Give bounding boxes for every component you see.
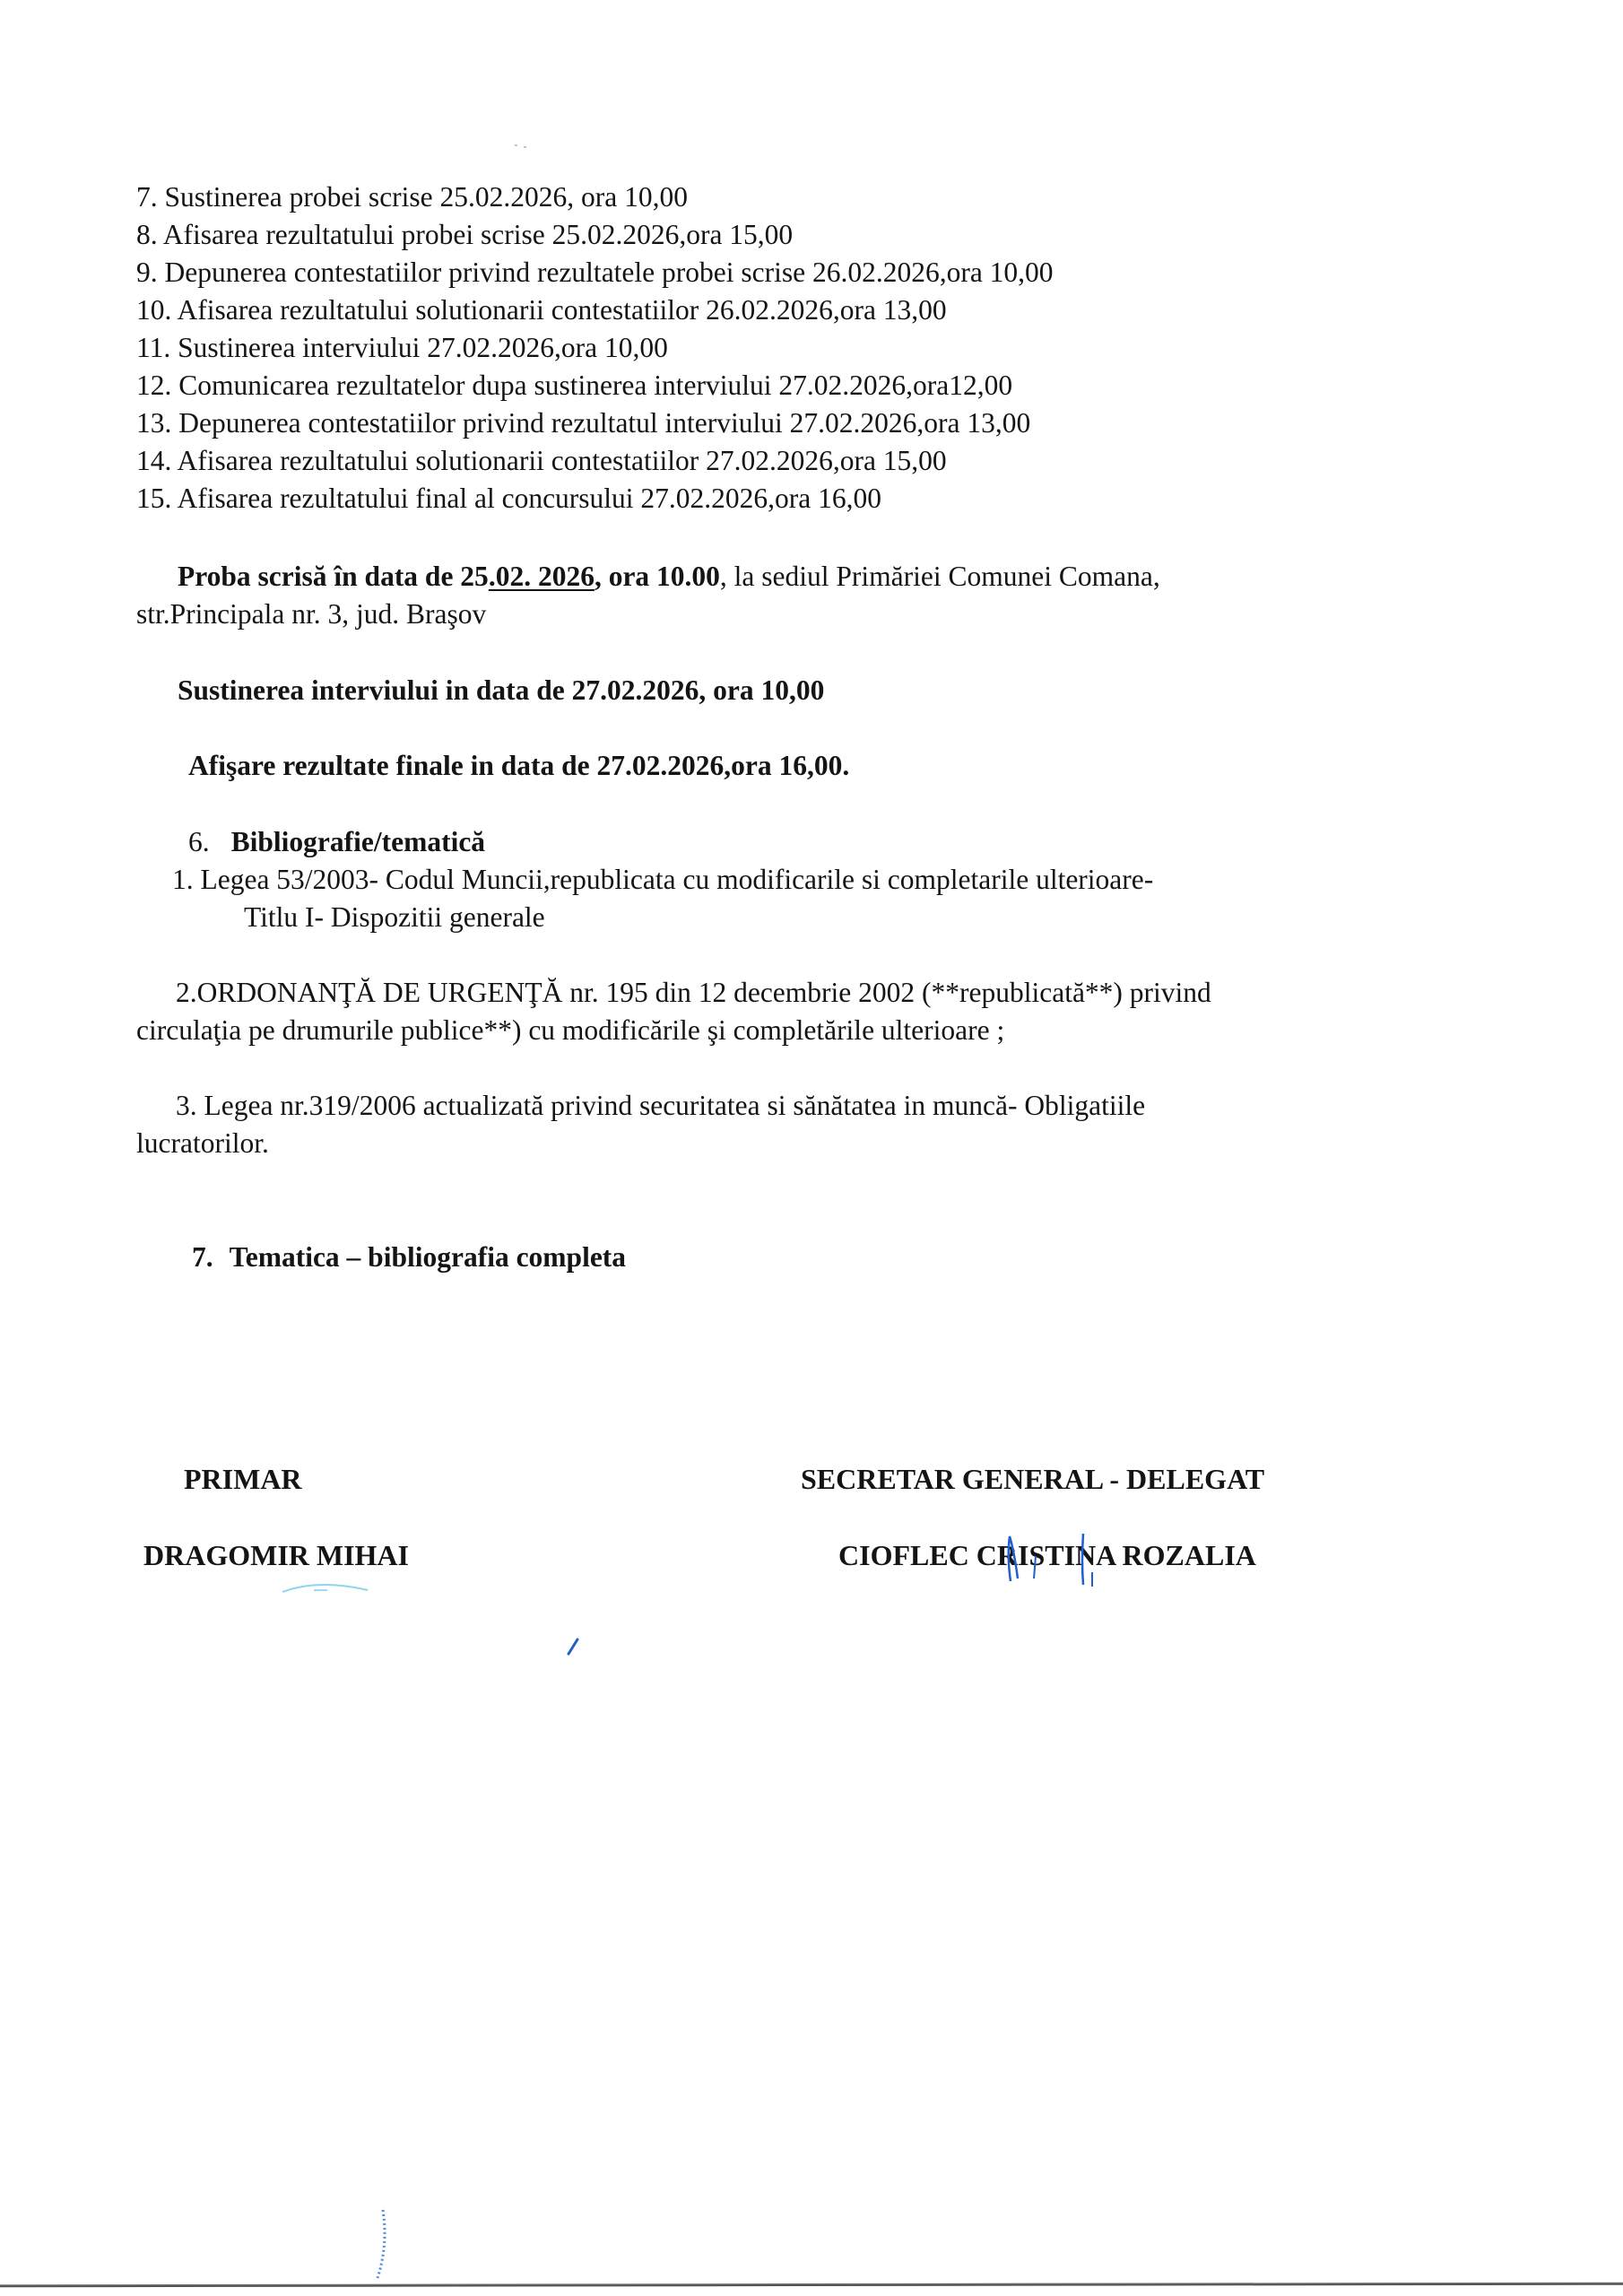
schedule-item: 8. Afisarea rezultatului probei scrise 2…	[136, 216, 793, 254]
bibliography-heading: 6.Bibliografie/tematică	[188, 823, 485, 861]
schedule-item: 15. Afisarea rezultatului final al concu…	[136, 480, 881, 517]
item-number: 12.	[136, 370, 171, 401]
item-text: Sustinerea interviului 27.02.2026,ora 10…	[178, 332, 668, 363]
item-number: 14.	[136, 445, 171, 476]
signature-ink-icon	[991, 1529, 1116, 1592]
schedule-item: 12. Comunicarea rezultatelor dupa sustin…	[136, 367, 1012, 404]
section-number: 6.	[188, 826, 210, 857]
document-page: 7. Sustinerea probei scrise 25.02.2026, …	[0, 0, 1623, 2296]
written-exam-date: .02. 2026	[489, 561, 595, 592]
item-number: 9.	[136, 257, 158, 288]
item-text: Sustinerea probei scrise 25.02.2026, ora…	[165, 181, 689, 213]
signature-stroke-icon	[565, 1632, 583, 1659]
item-text: Comunicarea rezultatelor dupa sustinerea…	[178, 370, 1012, 401]
scan-speck	[524, 146, 526, 148]
page-bottom-edge	[0, 2283, 1623, 2288]
bibliography-item-continuation: circulaţia pe drumurile publice**) cu mo…	[136, 1012, 1004, 1049]
signatory-title-mayor: PRIMAR	[184, 1463, 302, 1496]
bibliography-item: 2.ORDONANŢĂ DE URGENŢĂ nr. 195 din 12 de…	[176, 974, 1211, 1012]
item-text: Depunerea contestatiilor privind rezulta…	[178, 407, 1030, 439]
schedule-item: 7. Sustinerea probei scrise 25.02.2026, …	[136, 178, 688, 216]
item-number: 7.	[136, 181, 158, 213]
section-title: Bibliografie/tematică	[231, 826, 485, 857]
item-number: 11.	[136, 332, 170, 363]
bibliography-item: 1. Legea 53/2003- Codul Muncii,republica…	[172, 861, 1153, 899]
written-exam-location: , la sediul Primăriei Comunei Comana,	[720, 561, 1160, 592]
written-exam-line-1: Proba scrisă în data de 25.02. 2026, ora…	[178, 558, 1160, 596]
item-text: Afisarea rezultatului probei scrise 25.0…	[163, 219, 793, 250]
item-text: Afisarea rezultatului solutionarii conte…	[178, 294, 947, 326]
item-number: 13.	[136, 407, 171, 439]
thematic-heading: 7.Tematica – bibliografia completa	[192, 1239, 626, 1276]
bibliography-item: 3. Legea nr.319/2006 actualizată privind…	[176, 1087, 1145, 1125]
written-exam-time: , ora 10.00	[595, 561, 720, 592]
signatory-name-mayor: DRAGOMIR MIHAI	[143, 1539, 409, 1572]
written-exam-line-2: str.Principala nr. 3, jud. Braşov	[136, 596, 486, 633]
scan-speck	[515, 144, 517, 146]
item-text: Afisarea rezultatului solutionarii conte…	[178, 445, 947, 476]
written-exam-label: Proba scrisă în data de 25	[178, 561, 489, 592]
schedule-item: 10. Afisarea rezultatului solutionarii c…	[136, 291, 947, 329]
item-text: Afisarea rezultatului final al concursul…	[178, 483, 882, 514]
section-number: 7.	[192, 1241, 213, 1273]
schedule-item: 11. Sustinerea interviului 27.02.2026,or…	[136, 329, 668, 367]
section-title: Tematica – bibliografia completa	[230, 1241, 626, 1273]
schedule-item: 13. Depunerea contestatiilor privind rez…	[136, 404, 1030, 442]
item-number: 15.	[136, 483, 171, 514]
signatory-title-secretary: SECRETAR GENERAL - DELEGAT	[801, 1463, 1264, 1496]
item-number: 10.	[136, 294, 171, 326]
item-number: 8.	[136, 219, 158, 250]
bibliography-item-continuation: lucratorilor.	[136, 1125, 269, 1162]
item-text: Depunerea contestatiilor privind rezulta…	[165, 257, 1054, 288]
bibliography-item-continuation: Titlu I- Dispozitii generale	[244, 899, 545, 936]
interview-note: Sustinerea interviului in data de 27.02.…	[178, 672, 824, 709]
schedule-item: 9. Depunerea contestatiilor privind rezu…	[136, 254, 1054, 291]
final-results-note: Afişare rezultate finale in data de 27.0…	[188, 747, 849, 785]
stamp-edge-mark-icon	[372, 2206, 394, 2283]
schedule-item: 14. Afisarea rezultatului solutionarii c…	[136, 442, 947, 480]
stamp-mark-icon	[278, 1574, 377, 1596]
